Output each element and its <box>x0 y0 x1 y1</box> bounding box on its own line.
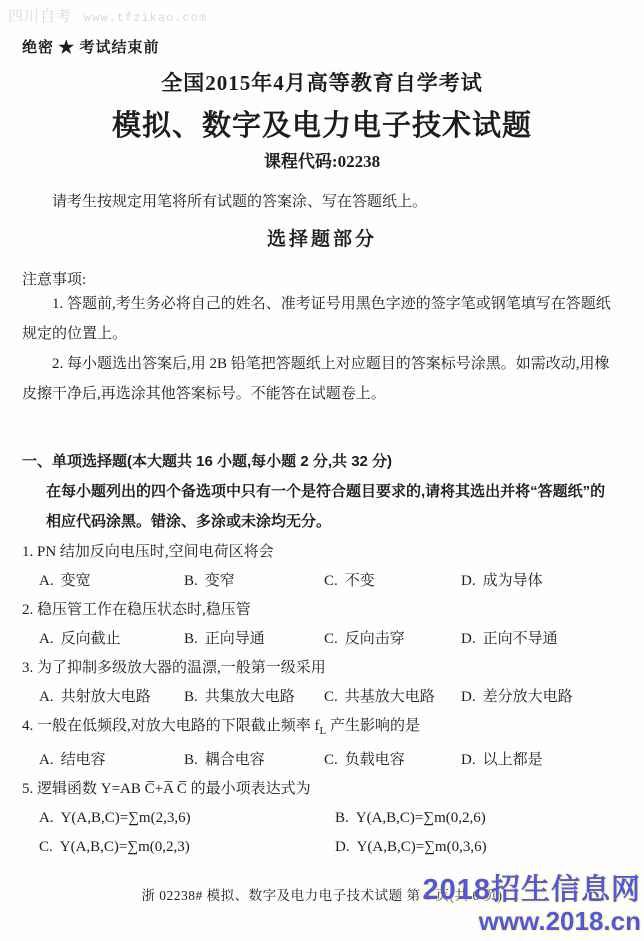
question-2-stem: 2. 稳压管工作在稳压状态时,稳压管 <box>22 596 622 625</box>
question-1-stem: 1. PN 结加反向电压时,空间电荷区将会 <box>22 538 622 567</box>
question-1-option-d: D.成为导体 <box>461 567 622 596</box>
section-one-note-line-2: 相应代码涂黑。错涂、多涂或未涂均无分。 <box>46 507 622 537</box>
course-code: 课程代码:02238 <box>22 147 622 172</box>
question-3-option-d: D.差分放大电路 <box>461 683 622 712</box>
option-label: D. <box>461 689 476 705</box>
notice-heading: 注意事项: <box>22 268 622 289</box>
option-label: A. <box>39 810 54 826</box>
classification-label: 绝密 ★ 考试结束前 <box>22 36 622 57</box>
question-block-3: 3. 为了抑制多级放大器的温漂,一般第一级采用 A.共射放大电路 B.共集放大电… <box>22 654 622 712</box>
section-one-heading: 一、单项选择题(本大题共 16 小题,每小题 2 分,共 32 分) <box>22 447 622 477</box>
option-label: C. <box>324 689 338 705</box>
question-1-option-a: A.变宽 <box>39 567 184 596</box>
question-5-option-a: A.Y(A,B,C)=∑m(2,3,6) <box>39 804 335 833</box>
option-label: D. <box>461 752 476 768</box>
question-3-option-a: A.共射放大电路 <box>39 683 184 712</box>
question-2-option-c: C.反向击穿 <box>324 625 461 654</box>
option-text: Y(A,B,C)=∑m(0,3,6) <box>357 839 487 855</box>
question-1-option-b: B.变窄 <box>184 567 324 596</box>
option-label: A. <box>39 631 54 647</box>
subject-title: 模拟、数字及电力电子技术试题 <box>22 103 622 144</box>
option-label: C. <box>324 631 338 647</box>
question-4-stem-pre: 4. 一般在低频段,对放大电路的下限截止频率 f <box>22 718 320 734</box>
question-block-2: 2. 稳压管工作在稳压状态时,稳压管 A.反向截止 B.正向导通 C.反向击穿 … <box>22 596 622 654</box>
question-3-option-c: C.共基放大电路 <box>324 683 461 712</box>
option-text: 变窄 <box>205 573 235 589</box>
option-text: Y(A,B,C)=∑m(0,2,3) <box>60 839 190 855</box>
notice-item-2: 2. 每小题选出答案后,用 2B 铅笔把答题纸上对应题目的答案标号涂黑。如需改动… <box>22 349 622 409</box>
question-4-option-d: D.以上都是 <box>461 746 622 775</box>
question-1-options: A.变宽 B.变窄 C.不变 D.成为导体 <box>22 567 622 596</box>
question-2-option-a: A.反向截止 <box>39 625 184 654</box>
question-block-4: 4. 一般在低频段,对放大电路的下限截止频率 fL 产生影响的是 A.结电容 B… <box>22 712 622 775</box>
option-label: C. <box>324 752 338 768</box>
option-text: 共射放大电路 <box>61 689 151 705</box>
question-3-options: A.共射放大电路 B.共集放大电路 C.共基放大电路 D.差分放大电路 <box>22 683 622 712</box>
question-5-option-b: B.Y(A,B,C)=∑m(0,2,6) <box>335 804 622 833</box>
option-label: B. <box>184 689 198 705</box>
option-label: C. <box>324 573 338 589</box>
option-text: 不变 <box>345 573 375 589</box>
part-section-title: 选择题部分 <box>22 224 622 251</box>
watermark-bottom-site-url: www.2018.cn <box>422 907 641 937</box>
option-text: 共基放大电路 <box>345 689 435 705</box>
option-label: B. <box>184 752 198 768</box>
question-4-stem: 4. 一般在低频段,对放大电路的下限截止频率 fL 产生影响的是 <box>22 712 622 746</box>
option-text: 共集放大电路 <box>205 689 295 705</box>
question-2-option-d: D.正向不导通 <box>461 625 622 654</box>
question-list: 1. PN 结加反向电压时,空间电荷区将会 A.变宽 B.变窄 C.不变 D.成… <box>22 538 622 862</box>
question-3-stem: 3. 为了抑制多级放大器的温漂,一般第一级采用 <box>22 654 622 683</box>
option-label: B. <box>184 631 198 647</box>
question-3-option-b: B.共集放大电路 <box>184 683 324 712</box>
question-5-options: A.Y(A,B,C)=∑m(2,3,6) B.Y(A,B,C)=∑m(0,2,6… <box>22 804 622 862</box>
question-5-option-d: D.Y(A,B,C)=∑m(0,3,6) <box>335 833 622 862</box>
watermark-bottom: 2018招生信息网 www.2018.cn <box>422 874 641 937</box>
option-label: B. <box>184 573 198 589</box>
notice-item-1: 1. 答题前,考生务必将自己的姓名、准考证号用黑色字迹的签字笔或钢笔填写在答题纸… <box>22 289 622 349</box>
option-text: 结电容 <box>61 752 106 768</box>
watermark-top-site-url: www.tfzikao.com <box>84 11 207 25</box>
option-label: A. <box>39 573 54 589</box>
question-5-stem: 5. 逻辑函数 Y=AB C̅+A̅ C̅ 的最小项表达式为 <box>22 775 622 804</box>
option-text: 变宽 <box>61 573 91 589</box>
option-label: A. <box>39 752 54 768</box>
option-text: Y(A,B,C)=∑m(2,3,6) <box>61 810 191 826</box>
question-block-1: 1. PN 结加反向电压时,空间电荷区将会 A.变宽 B.变窄 C.不变 D.成… <box>22 538 622 596</box>
option-text: Y(A,B,C)=∑m(0,2,6) <box>356 810 486 826</box>
option-label: D. <box>461 631 476 647</box>
question-4-option-b: B.耦合电容 <box>184 746 324 775</box>
question-4-stem-post: 产生影响的是 <box>326 718 420 734</box>
option-text: 反向击穿 <box>345 631 405 647</box>
option-label: D. <box>461 573 476 589</box>
question-1-option-c: C.不变 <box>324 567 461 596</box>
option-text: 反向截止 <box>61 631 121 647</box>
question-4-options: A.结电容 B.耦合电容 C.负载电容 D.以上都是 <box>22 746 622 775</box>
option-text: 负载电容 <box>345 752 405 768</box>
watermark-top: 四川自考 www.tfzikao.com <box>8 5 207 26</box>
option-label: D. <box>335 839 350 855</box>
candidate-instruction: 请考生按规定用笔将所有试题的答案涂、写在答题纸上。 <box>22 190 622 211</box>
option-text: 成为导体 <box>483 573 543 589</box>
option-text: 差分放大电路 <box>483 689 573 705</box>
option-text: 正向不导通 <box>483 631 558 647</box>
option-text: 正向导通 <box>205 631 265 647</box>
option-text: 耦合电容 <box>205 752 265 768</box>
question-4-option-a: A.结电容 <box>39 746 184 775</box>
watermark-top-site-name: 四川自考 <box>8 9 72 25</box>
option-label: C. <box>39 839 53 855</box>
question-2-options: A.反向截止 B.正向导通 C.反向击穿 D.正向不导通 <box>22 625 622 654</box>
exam-paper-page: 四川自考 www.tfzikao.com 绝密 ★ 考试结束前 全国2015年4… <box>0 0 644 941</box>
option-label: A. <box>39 689 54 705</box>
question-2-option-b: B.正向导通 <box>184 625 324 654</box>
option-label: B. <box>335 810 349 826</box>
section-one-note-line-1: 在每小题列出的四个备选项中只有一个是符合题目要求的,请将其选出并将“答题纸”的 <box>46 477 622 507</box>
question-block-5: 5. 逻辑函数 Y=AB C̅+A̅ C̅ 的最小项表达式为 A.Y(A,B,C… <box>22 775 622 862</box>
option-text: 以上都是 <box>483 752 543 768</box>
question-4-option-c: C.负载电容 <box>324 746 461 775</box>
exam-title: 全国2015年4月高等教育自学考试 <box>22 67 622 97</box>
question-5-option-c: C.Y(A,B,C)=∑m(0,2,3) <box>39 833 335 862</box>
watermark-bottom-site-name: 2018招生信息网 <box>422 874 641 907</box>
